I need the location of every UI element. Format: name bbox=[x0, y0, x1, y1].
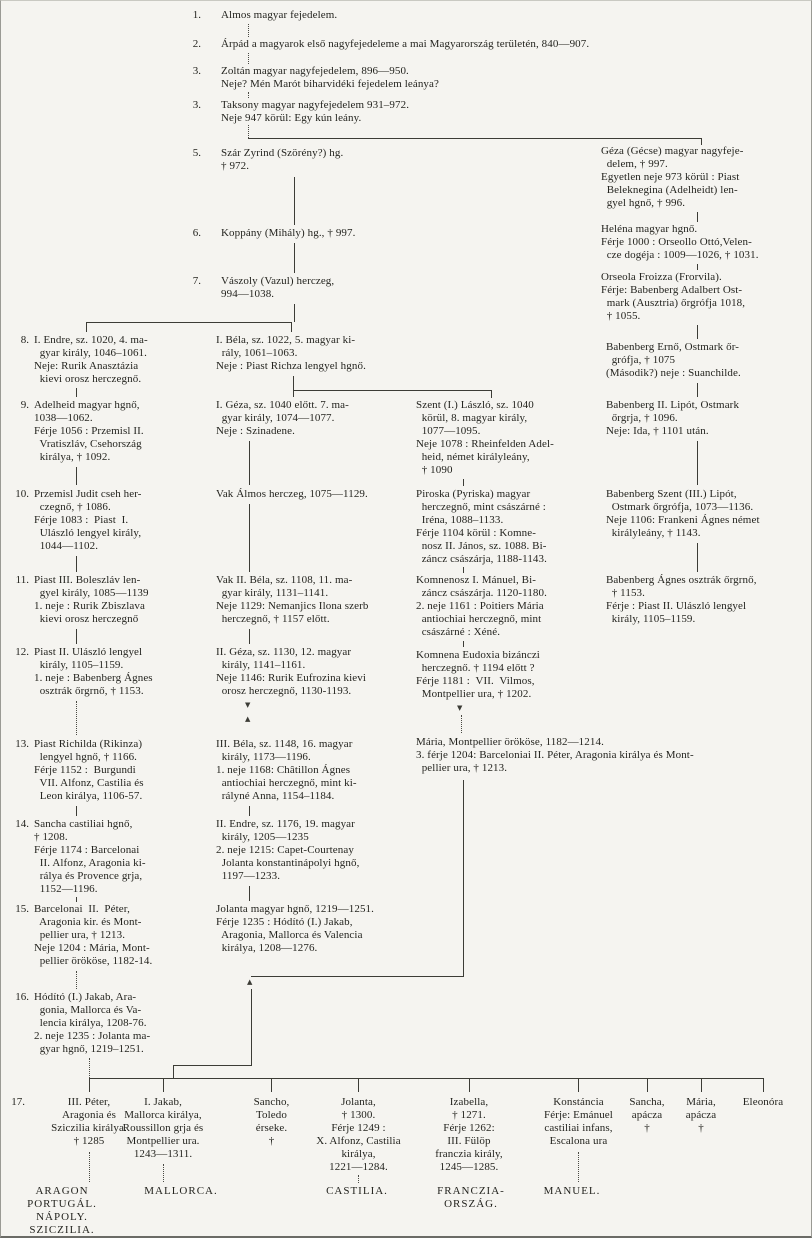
generation-number: 8. bbox=[5, 334, 29, 347]
connector bbox=[248, 24, 249, 37]
connector bbox=[173, 1065, 174, 1078]
connector bbox=[89, 1078, 90, 1092]
person-babenberg-lipot-ii: Babenberg II. Lipót, Ostmark őrgrja, † 1… bbox=[606, 399, 811, 438]
connector bbox=[463, 479, 464, 486]
connector bbox=[249, 441, 250, 485]
connector bbox=[701, 138, 702, 145]
generation-number: 3. bbox=[177, 99, 201, 112]
connector bbox=[86, 322, 291, 323]
generation-number: 1. bbox=[177, 9, 201, 22]
person-endre-ii: II. Endre, sz. 1176, 19. magyar király, … bbox=[216, 818, 411, 883]
connector bbox=[89, 1058, 90, 1078]
connector bbox=[248, 92, 249, 98]
connector bbox=[89, 1152, 90, 1182]
connector bbox=[271, 1078, 272, 1092]
person-babenberg-lipot-iii: Babenberg Szent (III.) Lipót, Ostmark őr… bbox=[606, 488, 811, 540]
connector bbox=[248, 53, 249, 64]
connector bbox=[173, 1065, 252, 1066]
connector bbox=[248, 138, 701, 139]
person-helena: Heléna magyar hgnő. Férje 1000 : Orseoll… bbox=[601, 223, 811, 262]
connector bbox=[697, 383, 698, 397]
person-konstancia: Konstáncia Férje: Emánuel castiliai infa… bbox=[521, 1096, 636, 1148]
connector bbox=[294, 304, 295, 322]
person-vak-almos: Vak Álmos herczeg, 1075—1129. bbox=[216, 488, 411, 501]
connector bbox=[578, 1078, 579, 1092]
connector bbox=[251, 989, 252, 1065]
connector bbox=[701, 1078, 702, 1092]
person-jolanta-magyar: Jolanta magyar hgnő, 1219—1251. Férje 12… bbox=[216, 903, 411, 955]
connector bbox=[463, 641, 464, 647]
person-taksony: Taksony magyar nagyfejedelem 931–972. Ne… bbox=[221, 99, 409, 125]
connector bbox=[463, 567, 464, 573]
person-koppany: Koppány (Mihály) hg., † 997. bbox=[221, 227, 355, 240]
connector bbox=[248, 125, 249, 138]
person-maria-montpellier: Mária, Montpellier örököse, 1182—1214. 3… bbox=[416, 736, 811, 775]
arrow-up-icon: ▲ bbox=[247, 979, 252, 986]
person-komnenosz-manuel: Komnenosz I. Mánuel, Bi- záncz császárja… bbox=[416, 574, 601, 639]
person-orseola-froizza: Orseola Froizza (Frorvila). Férje: Baben… bbox=[601, 271, 811, 323]
generation-number: 12. bbox=[5, 646, 29, 659]
connector bbox=[249, 806, 250, 816]
person-bela-i: I. Béla, sz. 1022, 5. magyar ki- rály, 1… bbox=[216, 334, 411, 373]
connector bbox=[647, 1078, 648, 1092]
genealogy-chart: 1. Almos magyar fejedelem. 2. Árpád a ma… bbox=[0, 0, 812, 1238]
branch-label-mallorca: MALLORCA. bbox=[135, 1185, 227, 1198]
generation-number: 17. bbox=[1, 1096, 25, 1109]
connector bbox=[491, 390, 492, 398]
person-sancho-toledo: Sancho, Toledo érseke. † bbox=[239, 1096, 304, 1148]
person-eleonora: Eleonóra bbox=[731, 1096, 795, 1109]
connector bbox=[251, 976, 464, 977]
generation-number: 3. bbox=[177, 65, 201, 78]
generation-number: 13. bbox=[5, 738, 29, 751]
connector bbox=[76, 806, 77, 816]
connector bbox=[291, 322, 292, 332]
person-piast-boleszlav: Piast III. Boleszláv len- gyel király, 1… bbox=[34, 574, 204, 626]
generation-number: 15. bbox=[5, 903, 29, 916]
connector bbox=[76, 467, 77, 485]
connector bbox=[293, 390, 491, 391]
generation-number: 10. bbox=[5, 488, 29, 501]
connector bbox=[249, 504, 250, 572]
connector bbox=[294, 243, 295, 273]
branch-label-francziaorszag: FRANCZIA- ORSZÁG. bbox=[425, 1185, 517, 1211]
connector bbox=[463, 780, 464, 976]
person-barcelonai-peter-ii: Barcelonai II. Péter, Aragonia kir. és M… bbox=[34, 903, 204, 968]
connector bbox=[469, 1078, 470, 1092]
arrow-up-icon: ▲ bbox=[245, 716, 250, 723]
person-geza-ii: II. Géza, sz. 1130, 12. magyar király, 1… bbox=[216, 646, 411, 698]
generation-number: 7. bbox=[177, 275, 201, 288]
connector bbox=[249, 629, 250, 644]
generation-number: 2. bbox=[177, 38, 201, 51]
connector bbox=[163, 1164, 164, 1182]
person-izabella: Izabella, † 1271. Férje 1262: III. Fülöp… bbox=[419, 1096, 519, 1174]
person-arpad: Árpád a magyarok első nagyfejedeleme a m… bbox=[221, 38, 589, 51]
generation-number: 11. bbox=[5, 574, 29, 587]
person-hodito-jakab: Hódító (I.) Jakab, Ara- gonia, Mallorca … bbox=[34, 991, 204, 1056]
person-maria-apacza: Mária, apácza † bbox=[677, 1096, 725, 1135]
person-geza: Géza (Gécse) magyar nagyfeje- delem, † 9… bbox=[601, 145, 811, 210]
person-piroska: Piroska (Pyriska) magyar herczegnő, mint… bbox=[416, 488, 601, 566]
connector bbox=[293, 376, 294, 397]
branch-label-aragon: ARAGON PORTUGÁL. NÁPOLY. SZICZILIA. bbox=[16, 1185, 108, 1237]
person-piast-richilda: Piast Richilda (Rikinza) lengyel hgnő, †… bbox=[34, 738, 204, 803]
person-sancha-apacza: Sancha, apácza † bbox=[621, 1096, 673, 1135]
person-vaszoly: Vászoly (Vazul) herczeg, 994—1038. bbox=[221, 275, 334, 301]
branch-label-castilia: CASTILIA. bbox=[311, 1185, 403, 1198]
connector bbox=[697, 264, 698, 270]
person-adelheid: Adelheid magyar hgnő, 1038—1062. Férje 1… bbox=[34, 399, 204, 464]
connector bbox=[86, 322, 87, 332]
person-komnena-eudoxia: Komnena Eudoxia bizánczi herczegnő. † 11… bbox=[416, 649, 601, 701]
generation-number: 6. bbox=[177, 227, 201, 240]
person-piast-ulaszlo-ii: Piast II. Ulászló lengyel király, 1105–1… bbox=[34, 646, 204, 698]
person-zoltan: Zoltán magyar nagyfejedelem, 896—950. Ne… bbox=[221, 65, 439, 91]
connector bbox=[697, 441, 698, 485]
connector bbox=[76, 701, 77, 735]
person-babenberg-agnes: Babenberg Ágnes osztrák őrgrnő, † 1153. … bbox=[606, 574, 811, 626]
connector bbox=[578, 1152, 579, 1182]
arrow-down-icon: ▼ bbox=[457, 705, 462, 712]
connector bbox=[249, 886, 250, 901]
person-almos: Almos magyar fejedelem. bbox=[221, 9, 337, 22]
arrow-down-icon: ▼ bbox=[245, 702, 250, 709]
generation-number: 9. bbox=[5, 399, 29, 412]
person-jakab-i-mallorca: I. Jakab, Mallorca királya, Roussillon g… bbox=[113, 1096, 213, 1161]
generation-number: 16. bbox=[5, 991, 29, 1004]
person-przemisl-judit: Przemisl Judit cseh her- czegnő, † 1086.… bbox=[34, 488, 204, 553]
person-jolanta-castilia: Jolanta, † 1300. Férje 1249 : X. Alfonz,… bbox=[306, 1096, 411, 1174]
connector bbox=[76, 388, 77, 397]
generation-number: 14. bbox=[5, 818, 29, 831]
connector bbox=[76, 556, 77, 572]
branch-label-manuel: MANUEL. bbox=[526, 1185, 618, 1198]
connector bbox=[76, 971, 77, 989]
connector bbox=[294, 177, 295, 225]
person-endre-i: I. Endre, sz. 1020, 4. ma- gyar király, … bbox=[34, 334, 204, 386]
person-geza-i: I. Géza, sz. 1040 előtt. 7. ma- gyar kir… bbox=[216, 399, 411, 438]
person-vak-bela-ii: Vak II. Béla, sz. 1108, 11. ma- gyar kir… bbox=[216, 574, 411, 626]
connector bbox=[763, 1078, 764, 1092]
connector bbox=[358, 1078, 359, 1092]
person-sancha-castilia: Sancha castiliai hgnő, † 1208. Férje 117… bbox=[34, 818, 204, 896]
connector bbox=[697, 212, 698, 222]
connector bbox=[697, 543, 698, 572]
person-babenberg-erno: Babenberg Ernő, Ostmark őr- grófja, † 10… bbox=[606, 341, 811, 380]
connector bbox=[76, 897, 77, 902]
person-bela-iii: III. Béla, sz. 1148, 16. magyar király, … bbox=[216, 738, 411, 803]
connector bbox=[358, 1175, 359, 1183]
connector bbox=[697, 325, 698, 339]
connector bbox=[76, 629, 77, 644]
connector bbox=[461, 715, 462, 733]
person-szar-zyrind: Szár Zyrind (Szörény?) hg. † 972. bbox=[221, 147, 343, 173]
connector bbox=[89, 1078, 763, 1079]
connector bbox=[163, 1078, 164, 1092]
generation-number: 5. bbox=[177, 147, 201, 160]
person-laszlo-i-szent: Szent (I.) László, sz. 1040 körül, 8. ma… bbox=[416, 399, 601, 477]
